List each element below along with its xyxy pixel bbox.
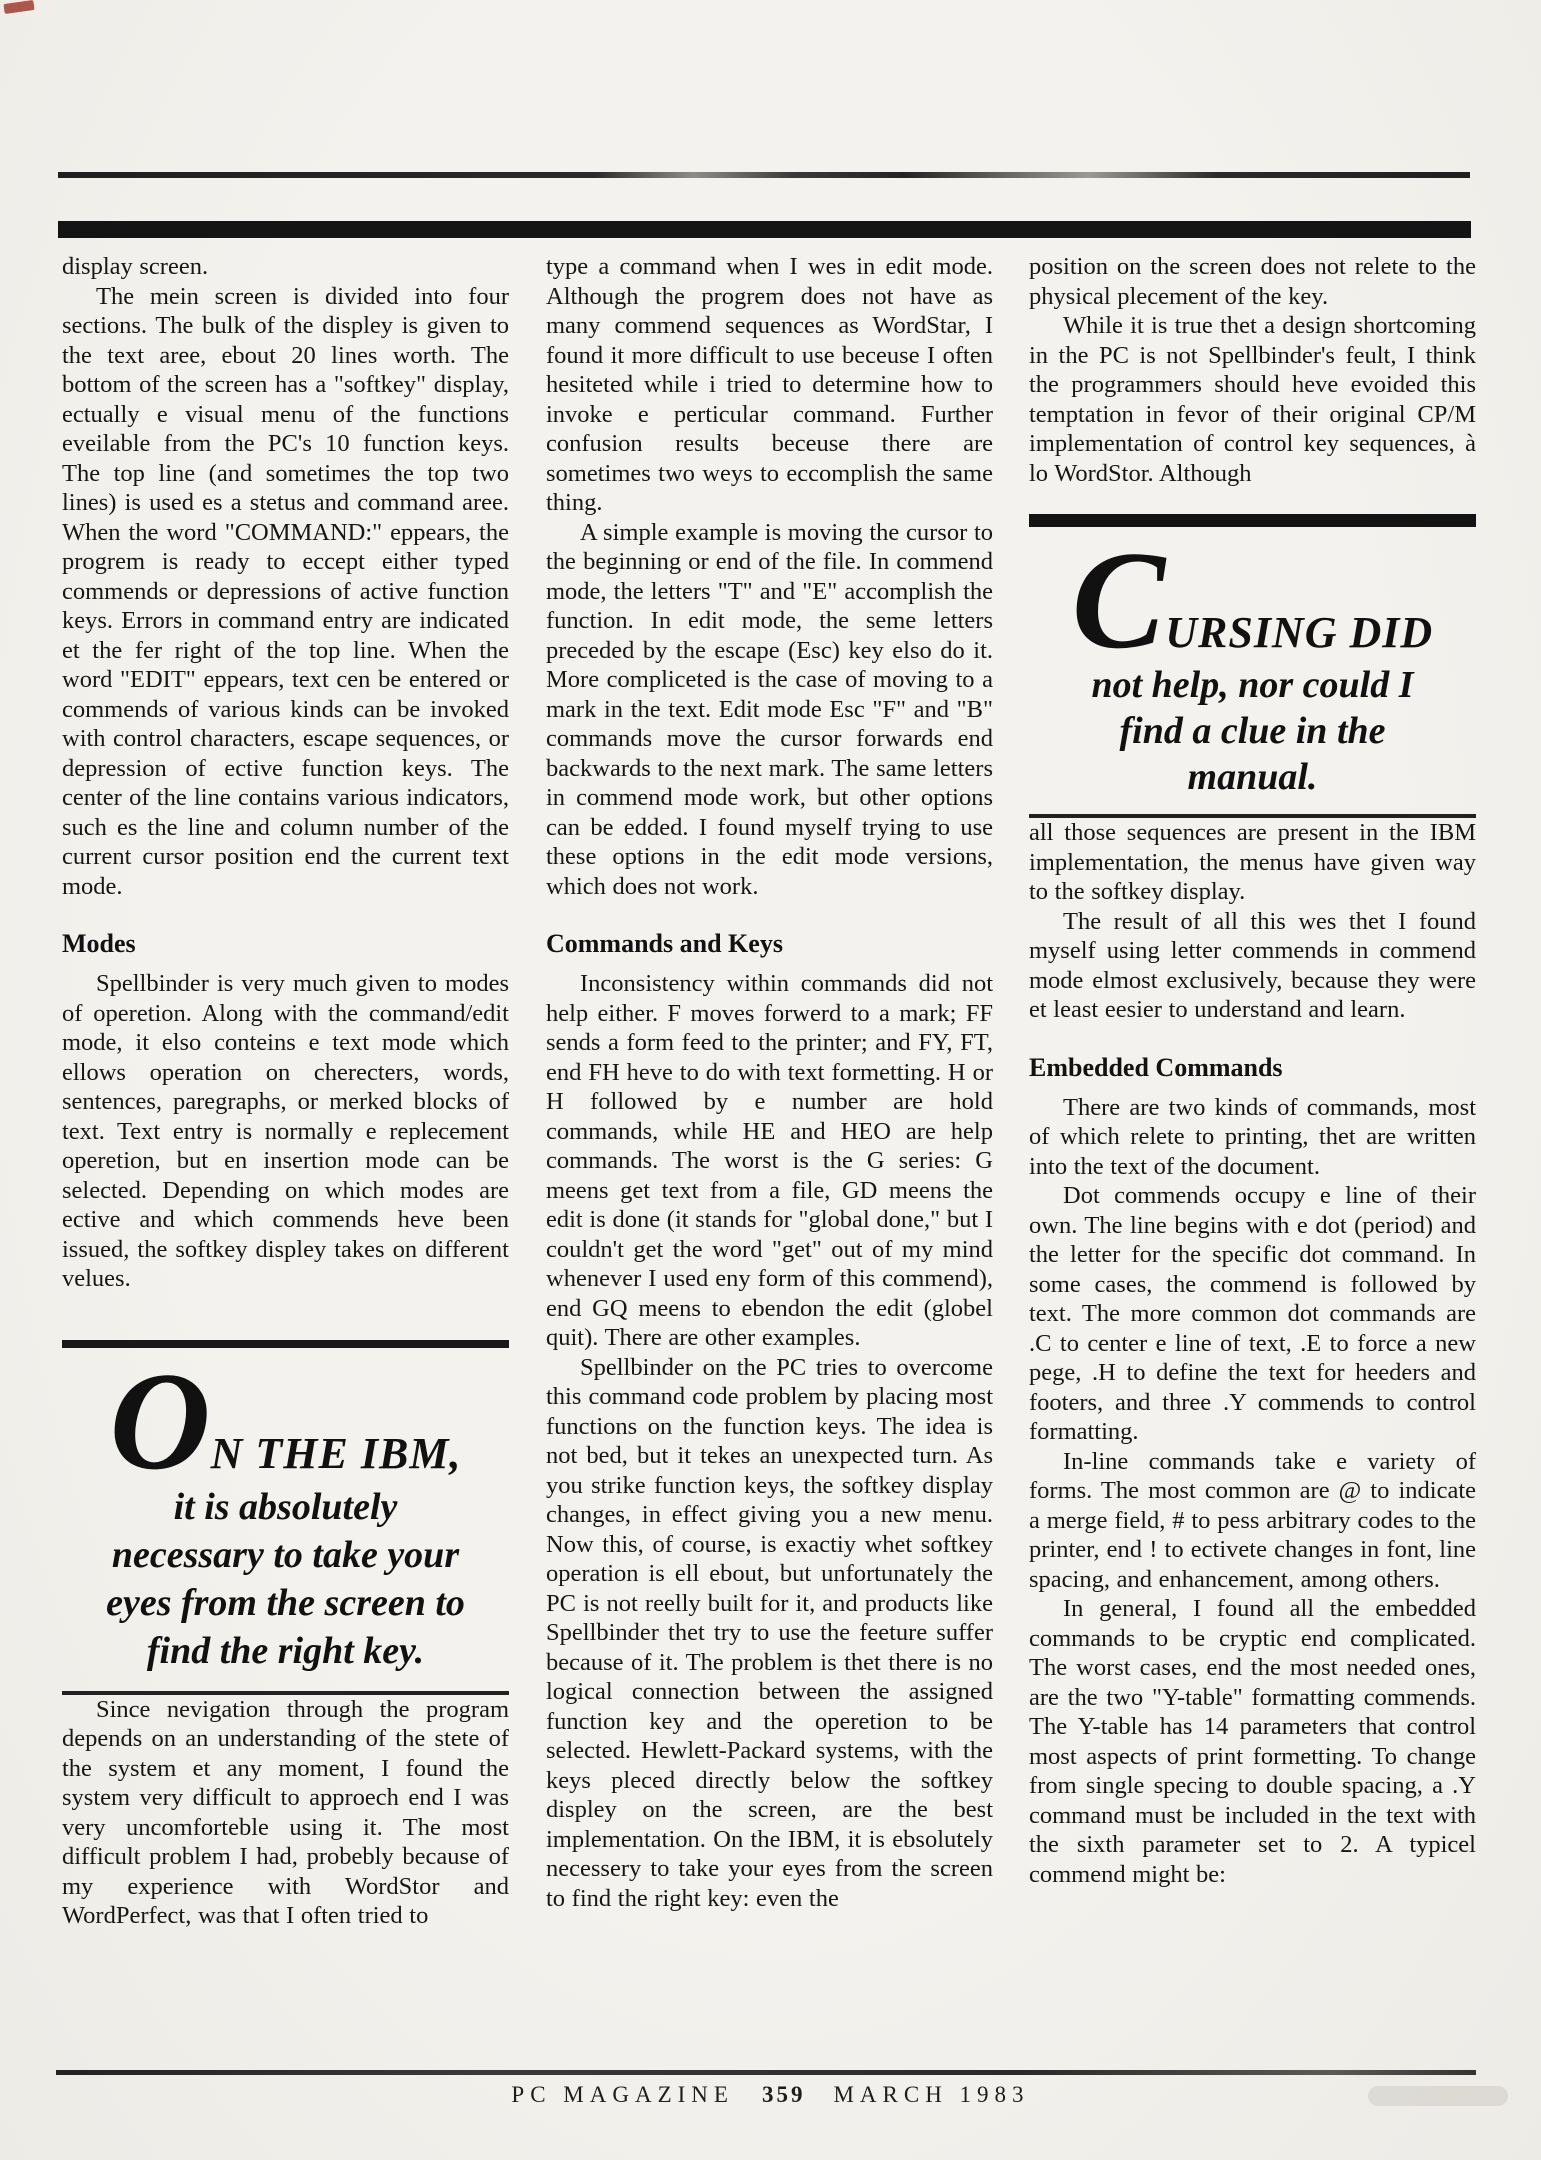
paragraph: Inconsistency within commands did not he…: [546, 969, 993, 1353]
paragraph: all those sequences are present in the I…: [1029, 818, 1476, 907]
top-thick-bar: [58, 221, 1471, 238]
pull-quote-lead: CURSING DID: [1029, 545, 1476, 658]
footer: PC MAGAZINE359MARCH 1983: [0, 2082, 1541, 2108]
pull-quote-lead-caps: URSING DID: [1165, 607, 1433, 658]
column-middle: type a command when I wes in edit mode. …: [546, 252, 993, 2062]
pull-quote-cursing: CURSING DID not help, nor could I find a…: [1029, 545, 1476, 800]
magazine-page: { "colors": { "paper": "#f2f0ea", "ink":…: [0, 0, 1541, 2160]
paragraph: Spellbinder on the PC tries to overcome …: [546, 1353, 993, 1914]
paragraph: display screen.: [62, 252, 509, 282]
paragraph: Since nevigation through the program dep…: [62, 1695, 509, 1931]
section-heading-embedded-commands: Embedded Commands: [1029, 1053, 1476, 1083]
pull-quote-lead: ON THE IBM,: [62, 1366, 509, 1479]
top-thin-rule: [58, 172, 1470, 178]
footer-magazine-name: PC MAGAZINE: [511, 2082, 734, 2107]
pull-quote-lead-caps: N THE IBM,: [211, 1428, 462, 1479]
paragraph: In general, I found all the embedded com…: [1029, 1594, 1476, 1889]
paragraph: The result of all this wes thet I found …: [1029, 907, 1476, 1025]
paragraph: Spellbinder is very much given to modes …: [62, 969, 509, 1294]
paragraph: Dot commends occupy e line of their own.…: [1029, 1181, 1476, 1447]
pull-quote-ibm: ON THE IBM, it is absolutely necessary t…: [62, 1366, 509, 1675]
footer-date: MARCH 1983: [833, 2082, 1029, 2107]
section-heading-modes: Modes: [62, 929, 509, 959]
section-heading-commands-and-keys: Commands and Keys: [546, 929, 993, 959]
column-left: display screen. The mein screen is divid…: [62, 252, 509, 2062]
paragraph: A simple example is moving the cursor to…: [546, 518, 993, 902]
drop-cap-o: O: [110, 1366, 209, 1478]
paragraph: In-line commands take e variety of forms…: [1029, 1447, 1476, 1595]
column-right: position on the screen does not relete t…: [1029, 252, 1476, 2062]
paragraph: There are two kinds of commands, most of…: [1029, 1093, 1476, 1182]
paragraph: The mein screen is divided into four sec…: [62, 282, 509, 902]
paragraph: type a command when I wes in edit mode. …: [546, 252, 993, 518]
scan-artifact-red-mark: [3, 0, 34, 14]
paragraph: position on the screen does not relete t…: [1029, 252, 1476, 311]
footer-page-number: 359: [762, 2082, 806, 2107]
paragraph: While it is true thet a design shortcomi…: [1029, 311, 1476, 488]
pull-quote-body: it is absolutely necessary to take your …: [62, 1483, 509, 1675]
drop-cap-c: C: [1072, 545, 1163, 657]
footer-rule: [56, 2070, 1476, 2075]
pull-quote-body: not help, nor could I find a clue in the…: [1029, 662, 1476, 800]
